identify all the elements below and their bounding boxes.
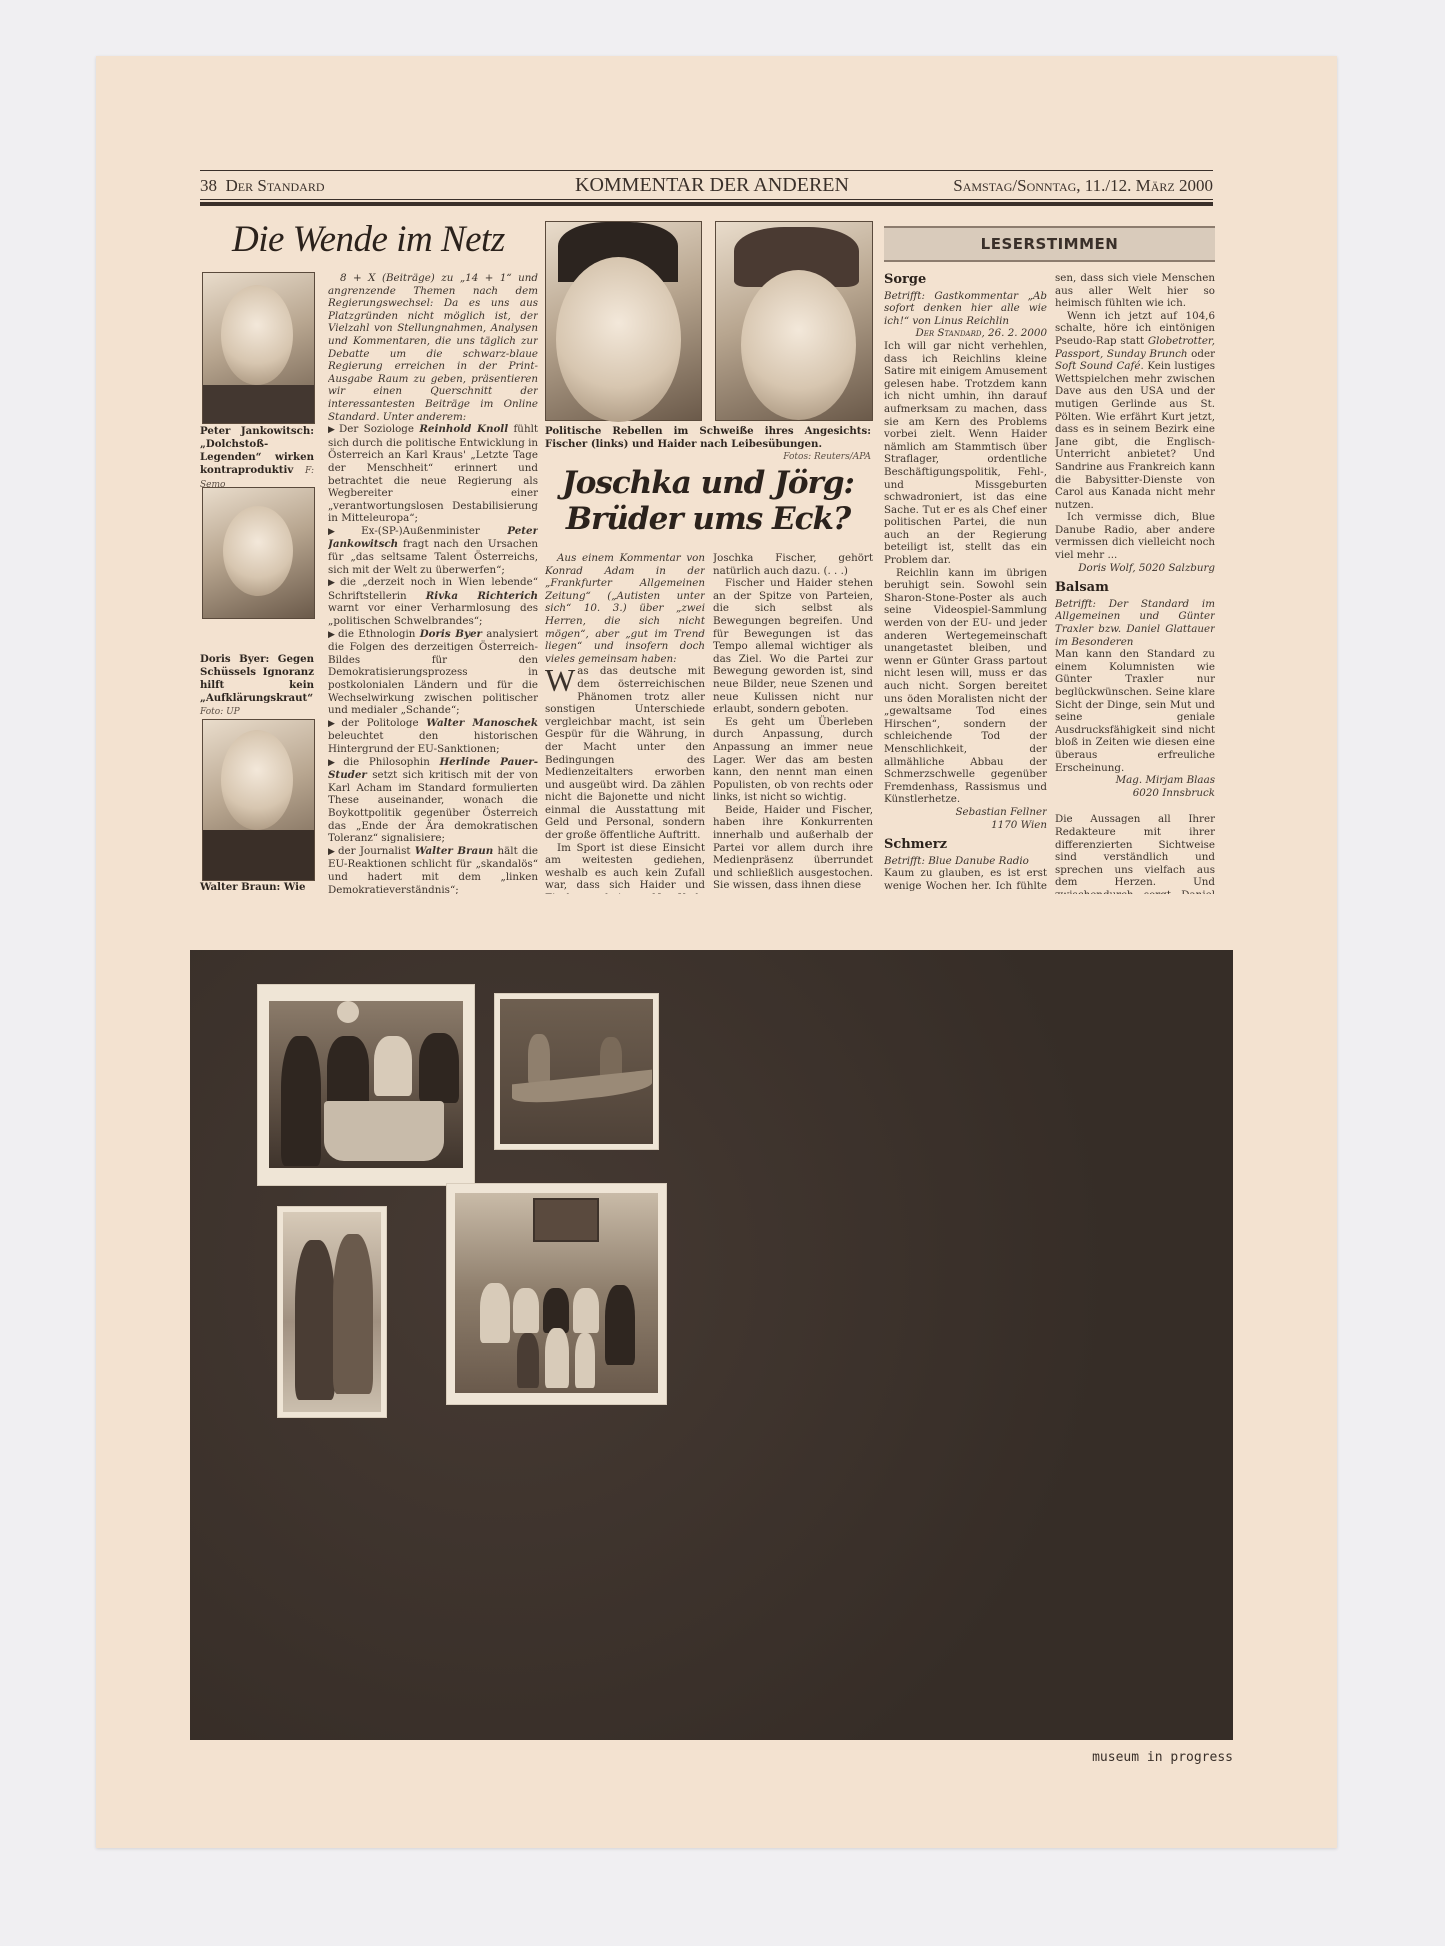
wende-item: Ex-(SP-)Außenminister Peter Jankowitsch …: [328, 525, 538, 576]
album-photo-couple-flowers: [278, 1207, 386, 1417]
publication-name: Der Standard: [226, 176, 325, 195]
joschka-paragraph: Fischer und Haider stehen an der Spitze …: [713, 577, 873, 716]
letter-paragraph: Kaum zu glauben, es ist erst wenige Woch…: [884, 867, 1047, 894]
wende-item: die Ethnologin Doris Byer analysiert die…: [328, 628, 538, 717]
joschka-paragraph: Was das deutsche mit dem österreichische…: [545, 665, 705, 841]
header-top-rule: [200, 170, 1213, 171]
letter-paragraph: Ich will gar nicht verhehlen, dass ich R…: [884, 340, 1047, 567]
joschka-paragraph: Im Sport ist diese Einsicht am weitesten…: [545, 842, 705, 894]
portrait-caption-2: Doris Byer: Gegen Schüssels Ignoranz hil…: [200, 653, 314, 719]
caption-text: Walter Braun: Wie: [200, 881, 305, 893]
letter-paragraph: Wenn ich jetzt auf 104,6 schalte, höre i…: [1055, 310, 1215, 512]
letter-city: 6020 Innsbruck: [1055, 787, 1215, 800]
letter-paragraph: Man kann den Standard zu einem Kolumnist…: [1055, 648, 1215, 774]
headline-line-1: Joschka und Jörg:: [545, 465, 871, 501]
letter-subject: Betrifft: Blue Danube Radio: [884, 855, 1047, 868]
album-photo-family-table: [258, 985, 474, 1185]
joschka-paragraph: Es geht um Überleben durch Anpassung, du…: [713, 716, 873, 804]
caption-text: Politische Rebellen im Schweiße ihres An…: [545, 425, 871, 450]
headline-line-2: Brüder ums Eck?: [545, 501, 871, 537]
letter-signature: Doris Wolf, 5020 Salzburg: [1055, 562, 1215, 575]
page-number: 38: [200, 176, 217, 195]
leserstimmen-heading: LESERSTIMMEN: [884, 226, 1215, 262]
photo-credit: Foto: UP: [200, 707, 240, 717]
header-left: 38 Der Standard: [200, 176, 325, 196]
section-title: KOMMENTAR DER ANDEREN: [575, 174, 849, 197]
portrait-byer-photo: [202, 487, 315, 619]
portrait-caption-3: Walter Braun: Wie: [200, 881, 314, 894]
wende-intro: 8 + X (Beiträge) zu „14 + 1“ und angrenz…: [328, 272, 538, 423]
letter-title: Schmerz: [884, 839, 1047, 852]
letter-signature: Mag. Mirjam Blaas: [1055, 774, 1215, 787]
wende-article-body: 8 + X (Beiträge) zu „14 + 1“ und angrenz…: [328, 272, 538, 894]
leserstimmen-column-2: sen, dass sich viele Menschen aus aller …: [1055, 272, 1215, 894]
header-thick-rule: [200, 202, 1213, 206]
leserstimmen-column-1: Sorge Betrifft: Gastkommentar „Ab sofort…: [884, 272, 1047, 894]
letter-signature: Sebastian Fellner: [884, 806, 1047, 819]
letter-paragraph: Die Aussagen all Ihrer Redakteure mit ih…: [1055, 813, 1215, 894]
wende-item: der Journalist Walter Braun hält die EU-…: [328, 845, 538, 894]
caption-text: Doris Byer: Gegen Schüssels Ignoranz hil…: [200, 653, 314, 704]
letter-paragraph: Ich vermisse dich, Blue Danube Radio, ab…: [1055, 511, 1215, 561]
fischer-photo: [545, 221, 702, 421]
wende-item: Der Soziologe Reinhold Knoll fühlt sich …: [328, 423, 538, 525]
issue-date: Samstag/Sonntag, 11./12. März 2000: [953, 176, 1213, 196]
joschka-headline: Joschka und Jörg: Brüder ums Eck?: [545, 465, 871, 537]
letter-subject: Betrifft: Der Standard im Allgemeinen un…: [1055, 598, 1215, 648]
drop-cap: W: [545, 667, 575, 693]
page-header: 38 Der Standard KOMMENTAR DER ANDEREN Sa…: [200, 174, 1213, 198]
caption-text: Peter Jankowitsch: „Dolchstoß-Legenden“ …: [200, 425, 314, 476]
wende-item: die „derzeit noch in Wien lebende“ Schri…: [328, 576, 538, 627]
joschka-column-2: Joschka Fischer, gehört natürlich auch d…: [713, 552, 873, 894]
joschka-photo-caption: Politische Rebellen im Schweiße ihres An…: [545, 425, 871, 464]
museum-in-progress-credit: museum in progress: [1092, 1750, 1233, 1765]
letter-title: Sorge: [884, 274, 1047, 287]
letter-paragraph: Reichlin kann im übrigen beruhigt sein. …: [884, 567, 1047, 806]
joschka-intro: Aus einem Kommentar von Konrad Adam in d…: [545, 552, 705, 665]
wende-item: die Philosophin Herlinde Pauer-Studer se…: [328, 756, 538, 845]
wende-headline: Die Wende im Netz: [232, 218, 505, 261]
letter-subject: Betrifft: Gastkommentar „Ab sofort denke…: [884, 290, 1047, 328]
header-thin-rule: [200, 199, 1213, 200]
photo-credit: Fotos: Reuters/APA: [783, 451, 871, 464]
album-photo-rowing-boat: [495, 994, 658, 1149]
haider-photo: [715, 221, 873, 421]
album-photo-family-group: [447, 1184, 666, 1404]
letter-paragraph: sen, dass sich viele Menschen aus aller …: [1055, 272, 1215, 310]
letter-title: Balsam: [1055, 582, 1215, 595]
joschka-column-1: Aus einem Kommentar von Konrad Adam in d…: [545, 552, 705, 894]
letter-city: 1170 Wien: [884, 819, 1047, 832]
joschka-paragraph: Joschka Fischer, gehört natürlich auch d…: [713, 552, 873, 577]
wende-item: der Politologe Walter Manoschek beleucht…: [328, 717, 538, 756]
portrait-jankowitsch-photo: [202, 272, 315, 424]
portrait-braun-photo: [202, 719, 315, 881]
letter-source: Der Standard, 26. 2. 2000: [884, 327, 1047, 340]
photo-album-panel: [190, 950, 1233, 1740]
portrait-caption-1: Peter Jankowitsch: „Dolchstoß-Legenden“ …: [200, 425, 314, 492]
joschka-paragraph: Beide, Haider und Fischer, haben ihre Ko…: [713, 804, 873, 892]
